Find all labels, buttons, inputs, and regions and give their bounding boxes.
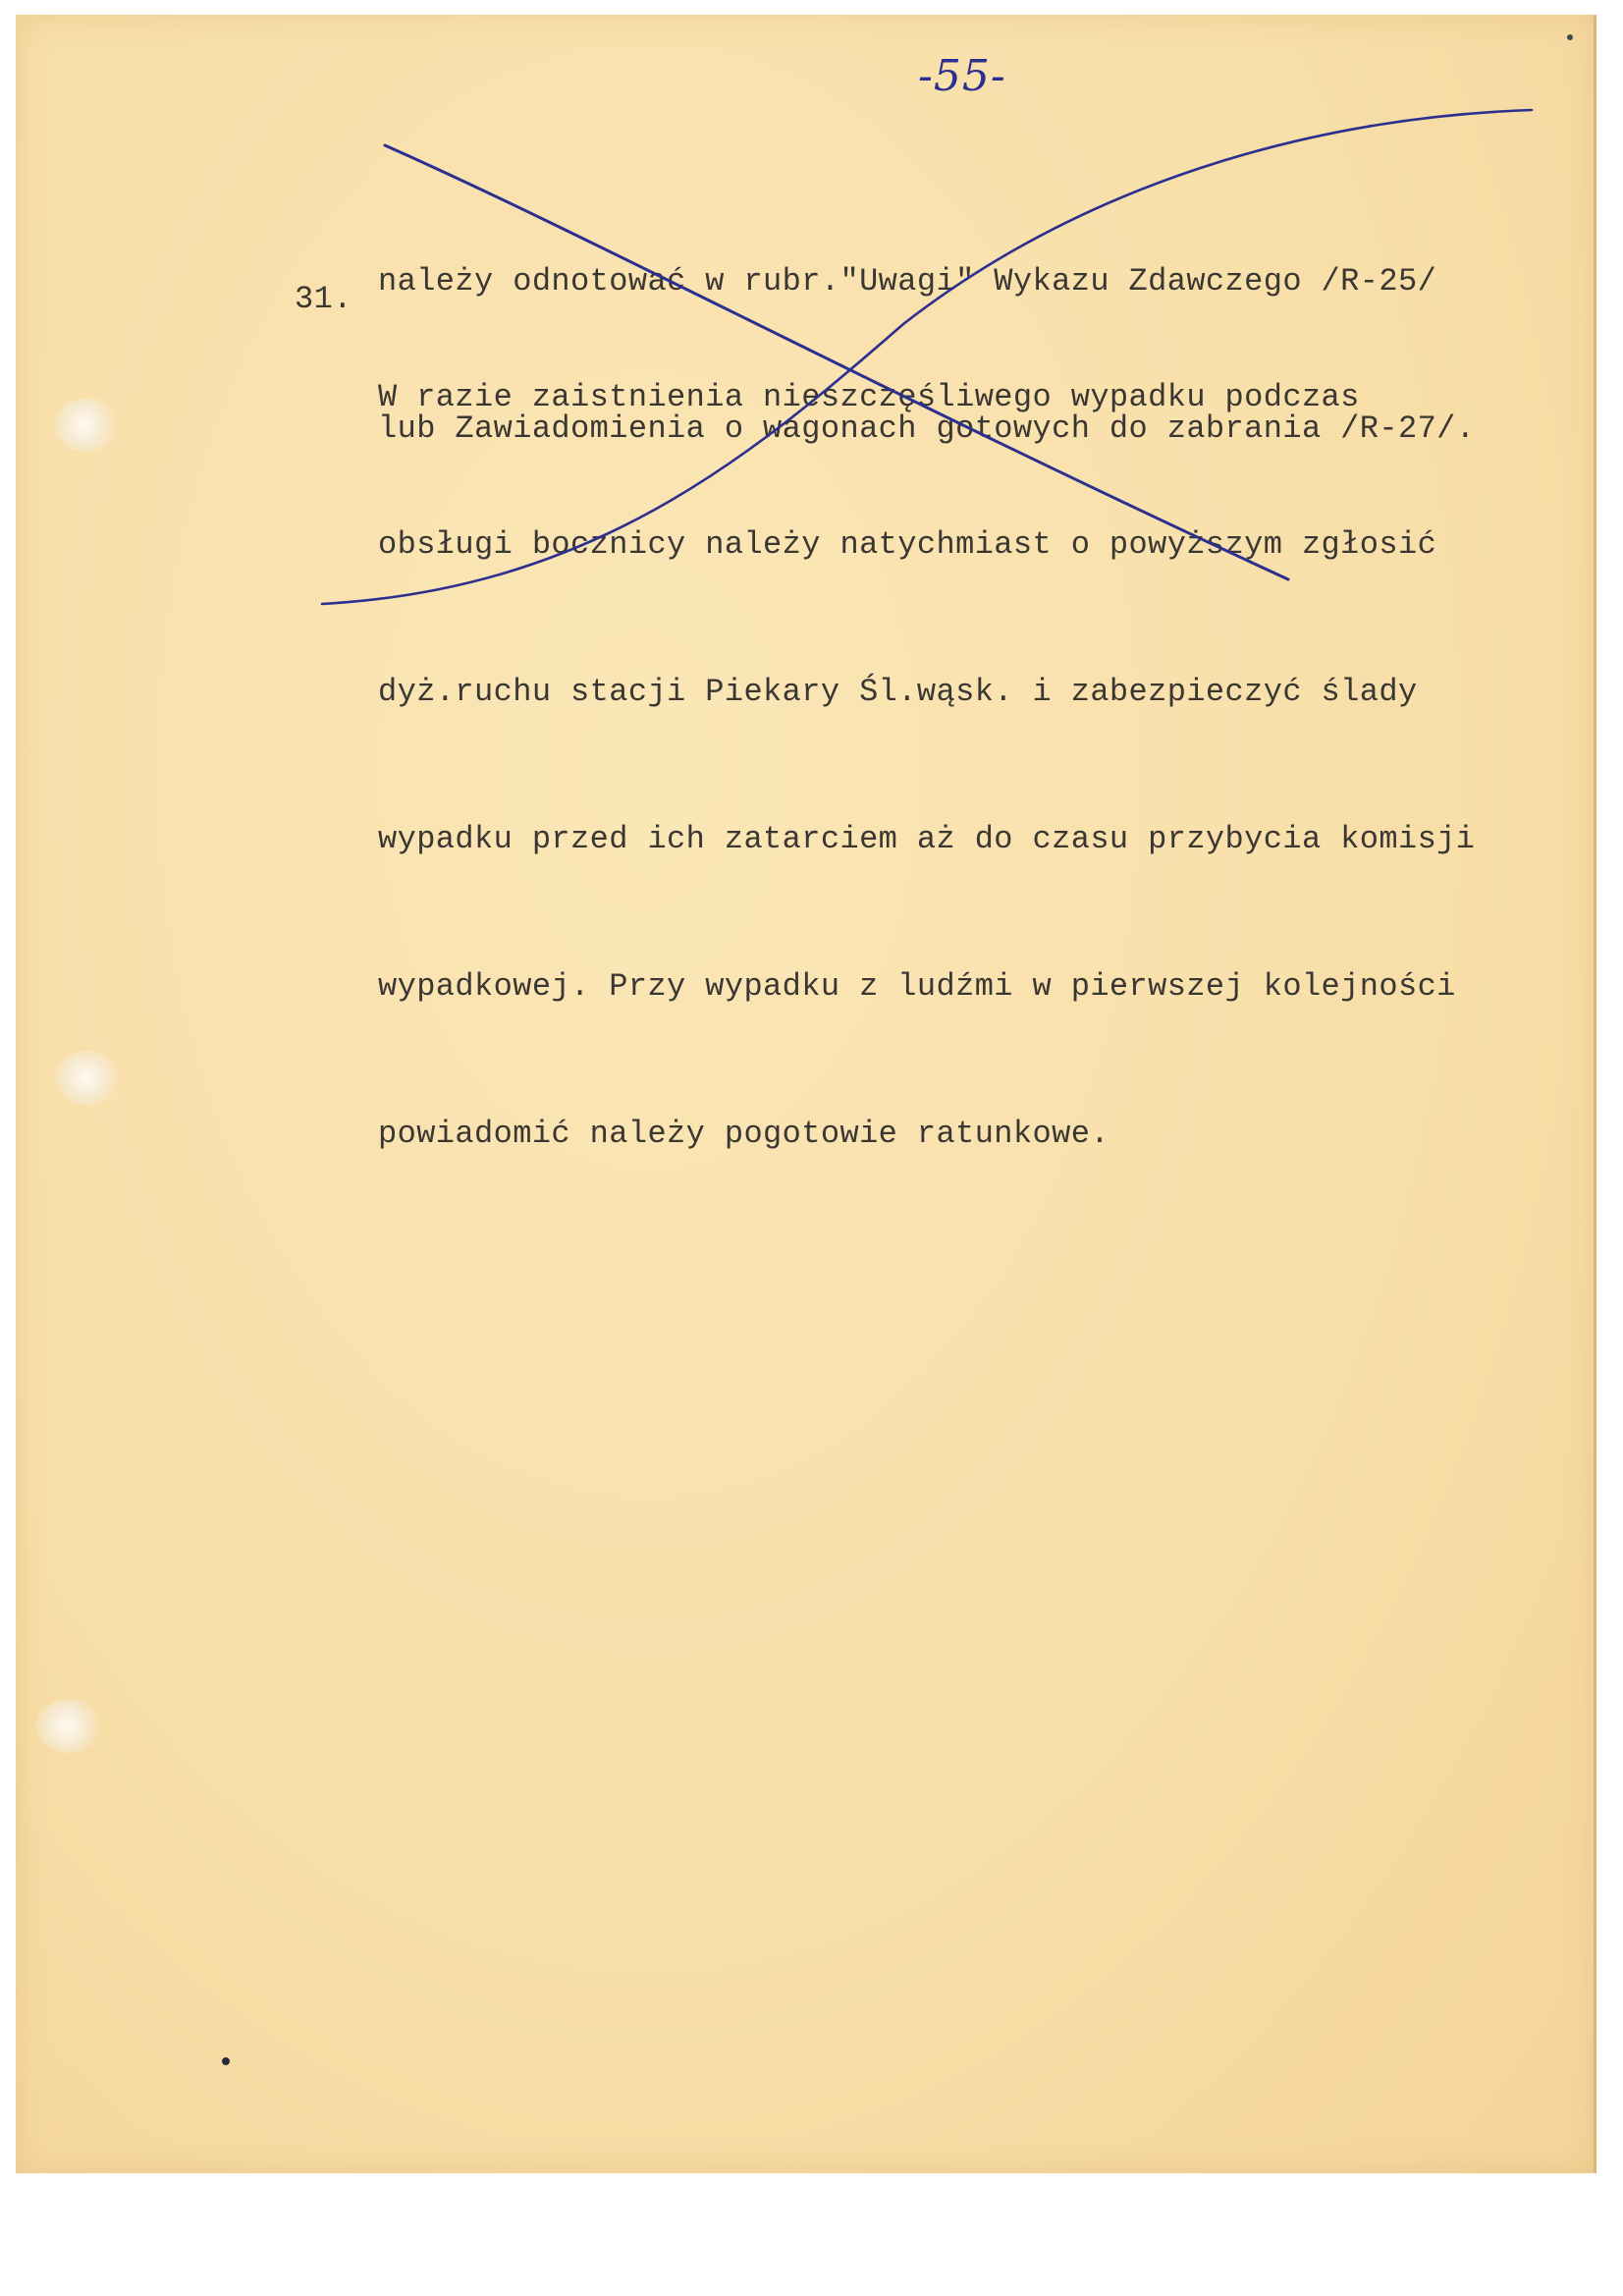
page-number: -55- xyxy=(918,51,1006,101)
item-paragraph: W razie zaistnienia nieszczęśliwego wypa… xyxy=(378,275,1475,1208)
ink-speck xyxy=(222,2057,230,2065)
text-line: wypadkowej. Przy wypadku z ludźmi w pier… xyxy=(378,962,1475,1011)
punch-hole xyxy=(35,1699,104,1753)
item-number: 31. xyxy=(295,275,352,324)
punch-hole xyxy=(53,398,122,452)
text-line: wypadku przed ich zatarciem aż do czasu … xyxy=(378,815,1475,864)
text-line: W razie zaistnienia nieszczęśliwego wypa… xyxy=(378,373,1475,422)
text-line: dyż.ruchu stacji Piekary Śl.wąsk. i zabe… xyxy=(378,668,1475,717)
ink-speck xyxy=(1567,34,1573,40)
text-line: powiadomić należy pogotowie ratunkowe. xyxy=(378,1110,1475,1159)
text-line: obsługi bocznicy należy natychmiast o po… xyxy=(378,520,1475,570)
punch-hole xyxy=(55,1051,124,1105)
